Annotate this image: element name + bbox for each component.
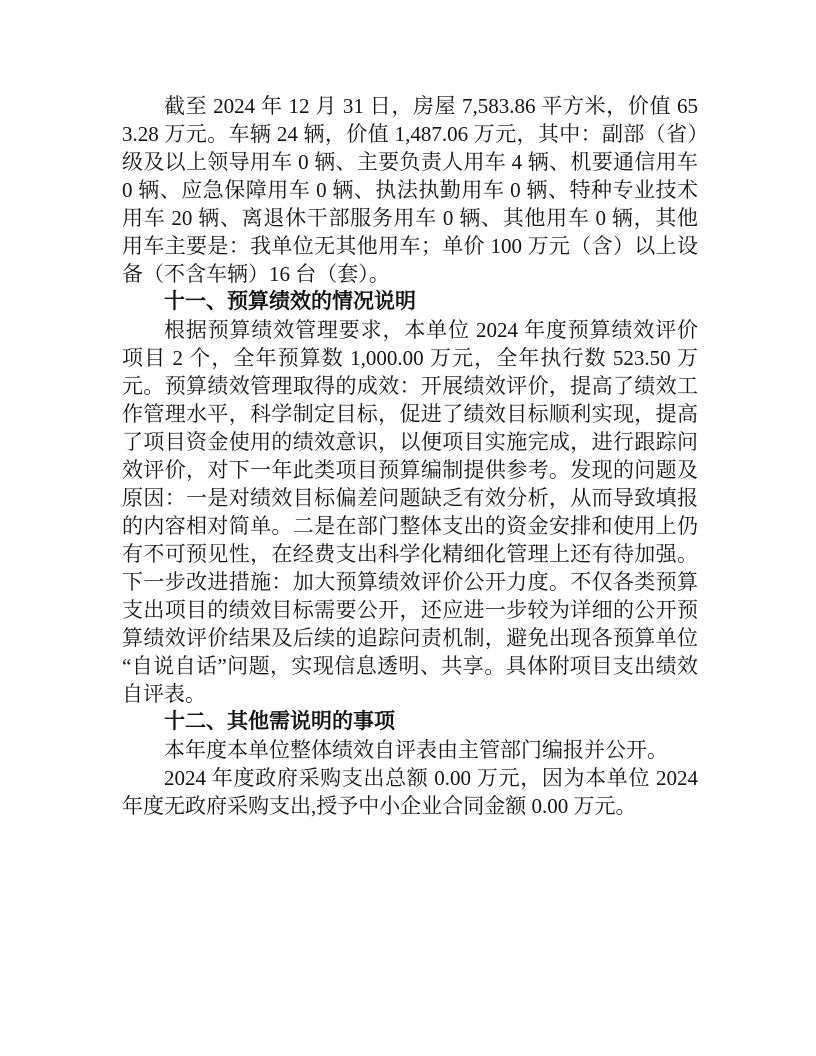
section-11-heading: 十一、预算绩效的情况说明: [122, 288, 698, 316]
self-evaluation-paragraph: 本年度本单位整体绩效自评表由主管部门编报并公开。: [122, 736, 698, 764]
budget-performance-paragraph: 根据预算绩效管理要求，本单位 2024 年度预算绩效评价项目 2 个，全年预算数…: [122, 316, 698, 708]
document-body: 截至 2024 年 12 月 31 日，房屋 7,583.86 平方米，价值 6…: [122, 92, 698, 820]
asset-summary-paragraph: 截至 2024 年 12 月 31 日，房屋 7,583.86 平方米，价值 6…: [122, 92, 698, 288]
procurement-paragraph: 2024 年度政府采购支出总额 0.00 万元，因为本单位 2024 年度无政府…: [122, 764, 698, 820]
document-page: 截至 2024 年 12 月 31 日，房屋 7,583.86 平方米，价值 6…: [0, 0, 816, 1056]
section-12-heading: 十二、其他需说明的事项: [122, 708, 698, 736]
